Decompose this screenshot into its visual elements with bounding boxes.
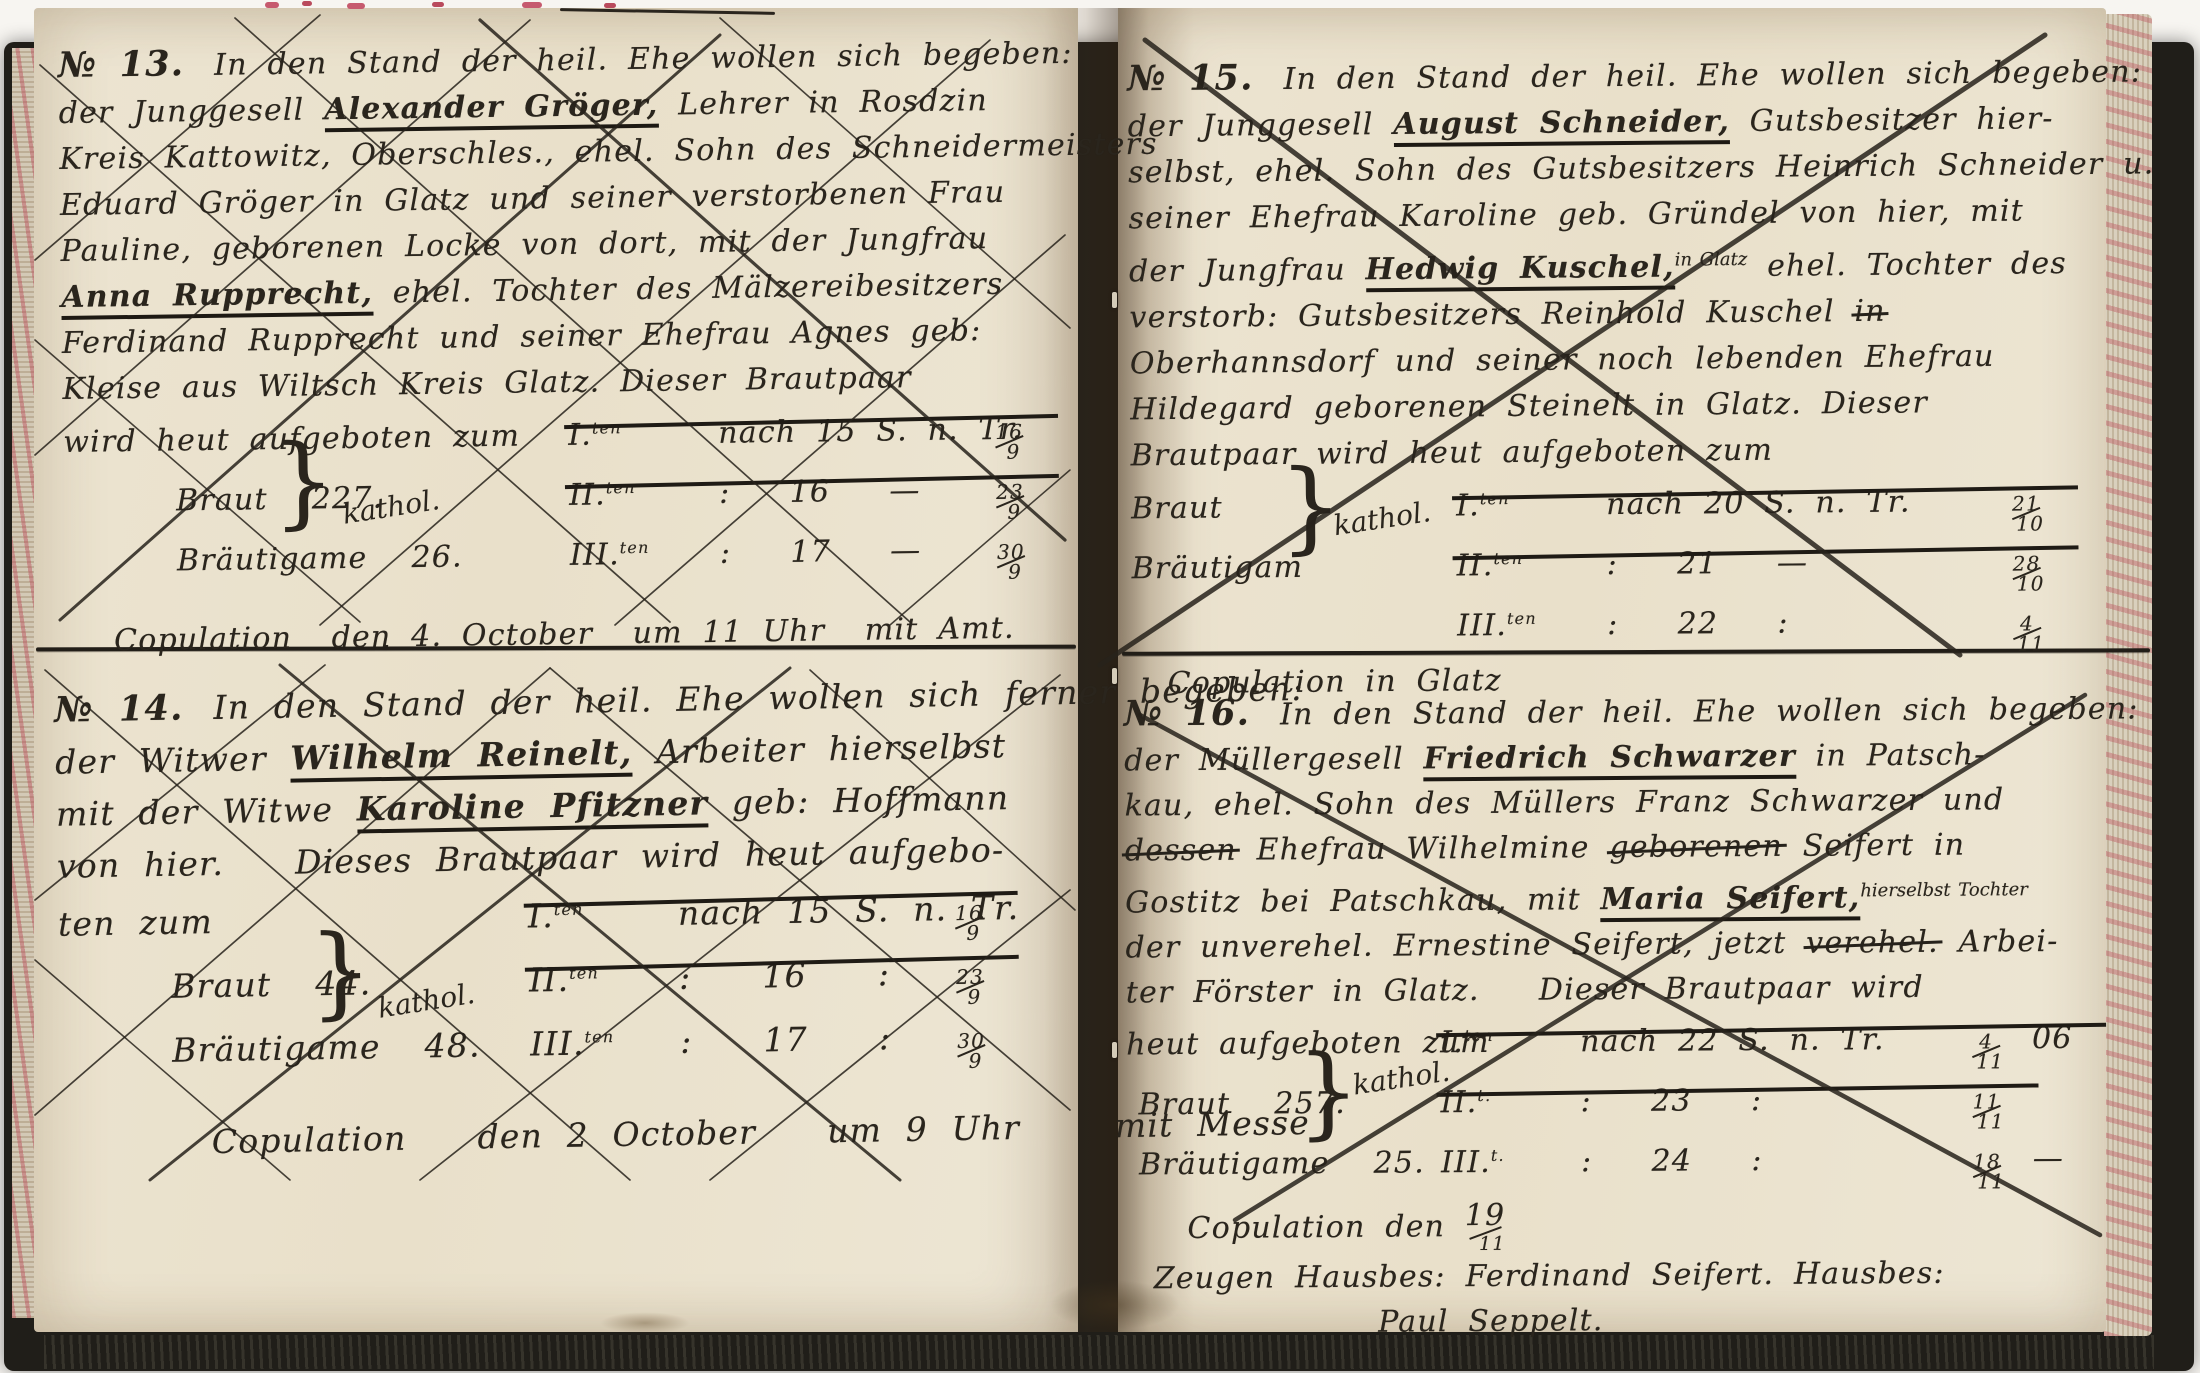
formula-text: In den Stand der heil. Ehe wollen sich b… [214,36,1073,83]
struck-word: dessen [1125,828,1237,874]
text-segment: Gostitz bei Patschkau, mit [1125,882,1601,920]
banns-date-text: : 16 : [679,949,860,1004]
groom-ref: Bräutigame26. [65,533,571,586]
red-speckle [604,3,616,8]
ordinal: III.t. [1441,1132,1581,1185]
binding-stitch [1112,292,1117,308]
text-segment: Arbei- [1939,924,2059,960]
handwritten-line: dessen Ehefrau Wilhelmine geborenen Seif… [1125,822,2115,874]
entry-14: № 14.In den Stand der heil. Ehe wollen s… [54,667,1062,1170]
banns-date-text: : 16 — [719,468,900,517]
banns-date-text: : 22 : [1607,600,1837,648]
groom-name-underlined: Friedrich Schwarzer [1423,739,1796,782]
ordinal: III.ten [569,524,720,579]
text-segment: der Jungfrau [1129,252,1366,289]
text-segment: geb: Hoffmann [708,778,1010,822]
banns-row: III.ten: 22 :411 [1132,591,2122,660]
red-speckle [265,2,279,8]
year-note: 06 [2032,1016,2073,1061]
text-segment: der Witwer [55,739,291,782]
ordinal: I.ten [568,404,719,459]
dash-note: — [2033,1136,2065,1181]
handwritten-line: der Müllergesell Friedrich Schwarzer in … [1124,732,2114,784]
ordinal: III.ten [530,1010,681,1071]
text-segment: ehel. Tochter des [1747,246,2067,284]
groom-ref: Bräutigame48. [60,1019,531,1079]
interlinear-note: hierselbst Tochter [1860,879,2028,901]
ordinal: I.ten [1456,475,1606,529]
handwritten-line: ter Förster in Glatz. Dieser Brautpaar w… [1126,964,2116,1016]
date-fraction: 239 [955,969,986,1006]
banns-date-text: : 17 — [720,528,901,577]
banns-2-struck: II.ten: 21 —2810 [1456,531,2044,596]
banns-date-text: nach 15 S. n. Tr. [718,408,899,457]
entry-16: № 16.In den Stand der heil. Ehe wollen s… [1124,685,2119,1347]
banns-row: heut aufgeboten zum I.tennach 22 S. n. T… [1126,1009,2116,1076]
banns-date-text: nach 20 S. n. Tr. [1606,480,1836,528]
handwritten-line: Oberhannsdorf und seiner noch lebenden E… [1130,333,2120,388]
struck-word: geborenen [1609,824,1783,870]
spacer [1132,635,1457,638]
struck-word: verehel. [1806,920,1939,966]
red-speckle [347,3,365,9]
entry-number: № 13. [58,43,185,86]
banns-row: Braut257. II.t.: 23 :1111 [1126,1069,2116,1136]
banns-1-struck: I.tennach 20 S. n. Tr.2110 [1456,471,2044,536]
aufgebot-intro: ten zum [58,891,529,951]
red-speckle [302,1,312,6]
banns-1-struck: I.tennach 22 S. n. Tr.41106 [1440,1009,2073,1073]
banns-2-struck: II.ten: 16 —239 [569,460,1026,526]
banns-3: III.ten: 22 :411 [1457,591,2045,656]
entry-number: № 16. [1124,693,1250,735]
text-segment: ehel. Tochter des Mälzereibesitzers [373,267,1004,311]
interlinear-note: in Glatz [1675,249,1748,271]
copulation-line: Copulation den 1911 [1127,1197,2117,1257]
text-segment: Ehefrau Wilhelmine [1237,830,1610,868]
text-segment: Seifert in [1783,828,1966,864]
formula-text: In den Stand der heil. Ehe wollen sich b… [1283,54,2142,96]
banns-row: Bräutigame25. III.t.: 24 :1811— [1127,1129,2117,1196]
curly-brace: } [1279,456,1343,557]
text-segment: Arbeiter hierselbst [632,726,1006,772]
text-segment: der unverehel. Ernestine Seifert, jetzt [1125,926,1806,966]
formula-text: In den Stand der heil. Ehe wollen sich b… [1280,691,2139,732]
banns-1-struck: I.tennach 15 S. n. Tr.169 [527,877,984,949]
date-fraction: 169 [994,424,1024,460]
banns-3: III.t.: 24 :1811— [1441,1129,2064,1193]
handwritten-line: der Jungfrau Hedwig Kuschel,in Glatz ehe… [1129,234,2119,296]
banns-row: Bräutigame26. III.ten: 17 —309 [65,519,1066,593]
banns-2-struck: II.ten: 16 :239 [529,941,986,1013]
date-fraction: 411 [2009,615,2045,651]
witnesses-line: Zeugen Hausbes: Ferdinand Seifert. Hausb… [1128,1250,2118,1302]
text-segment: Gutsbesitzer hier- [1730,101,2054,139]
red-marbling [12,48,36,1318]
handwritten-line: der unverehel. Ernestine Seifert, jetzt … [1125,919,2115,971]
bride-name-underlined: Karoline Pfitzner [356,783,708,833]
date-fraction: 169 [954,905,985,942]
text-segment: Lehrer in Rosdzin [658,83,988,123]
banns-date-text: : 21 — [1606,540,1836,588]
date-fraction: 309 [956,1033,987,1070]
red-speckle [522,2,542,8]
handwritten-line: № 16.In den Stand der heil. Ehe wollen s… [1124,685,2114,739]
bride-name-underlined: Hedwig Kuschel, [1365,250,1675,293]
banns-1-struck: I.tennach 15 S. n. Tr.169 [568,400,1025,466]
bride-name-underlined: Maria Seifert, [1600,880,1860,922]
banns-3: III.ten: 17 —309 [569,520,1026,586]
ordinal: II.ten [1456,535,1606,589]
curly-brace: } [1296,1042,1360,1142]
ordinal: II.ten [569,464,720,519]
curly-brace: } [271,431,336,532]
text-segment: der Junggesell [1128,107,1394,144]
entry-number: № 14. [54,688,184,731]
entry-13: № 13.In den Stand der heil. Ehe wollen s… [58,29,1067,665]
date-fraction: 2810 [2009,555,2045,591]
banns-3: III.ten: 17 :309 [530,1005,987,1077]
groom-name-underlined: August Schneider, [1393,104,1730,147]
ordinal: II.t. [1440,1072,1580,1125]
banns-date-text: : 17 : [680,1013,861,1068]
text-segment: in Patsch- [1796,737,1986,773]
handwritten-line: Gostitz bei Patschkau, mit Maria Seifert… [1125,867,2115,926]
red-speckle [432,2,444,7]
banns-date-text: : 24 : [1581,1138,1811,1185]
curly-brace: } [308,921,373,1022]
ordinal: III.ten [1457,595,1607,649]
fore-edge-left [12,48,36,1318]
text-segment: Copulation den [1187,1209,1465,1246]
date-fraction: 411 [1968,1033,2004,1069]
register-book-scan: № 13.In den Stand der heil. Ehe wollen s… [0,0,2200,1373]
handwritten-line: kau, ehel. Sohn des Müllers Franz Schwar… [1124,777,2114,829]
struck-word: in [1854,289,1886,335]
date-fraction: 309 [996,544,1026,580]
bride-name-underlined: Anna Rupprecht, [61,276,373,320]
date-fraction: 1111 [1969,1093,2005,1129]
entry-number: № 15. [1127,57,1253,99]
text-segment: verstorb: Gutsbesitzers Reinhold Kuschel [1129,294,1854,335]
text-segment: der Müllergesell [1124,741,1424,778]
entry-15: № 15.In den Stand der heil. Ehe wollen s… [1127,48,2123,708]
date-fraction: 1911 [1465,1201,1506,1254]
witnesses-line: Paul Seppelt. [1128,1295,2118,1347]
banns-2-struck: II.t.: 23 :1111 [1440,1069,2004,1133]
banns-date-text: nach 22 S. n. Tr. [1580,1018,1810,1065]
banns-date-text: : 23 : [1580,1078,1810,1125]
aufgebot-intro: heut aufgeboten zum [1126,1020,1440,1067]
ordinal: I.ten [1440,1012,1580,1065]
ordinal: I.ten [527,882,678,943]
text-segment: mit der Witwe [56,789,357,833]
date-fraction: 2110 [2008,495,2044,531]
binding-stitch [1112,1042,1117,1058]
ordinal: II.ten [529,946,680,1007]
date-fraction: 1811 [1969,1153,2005,1189]
groom-name-underlined: Wilhelm Reinelt, [290,733,633,783]
handwritten-line: № 15.In den Stand der heil. Ehe wollen s… [1127,48,2117,105]
groom-name-underlined: Alexander Gröger, [324,88,659,133]
date-fraction: 239 [995,484,1025,520]
text-segment: der Junggesell [58,92,324,131]
banns-date-text: nach 15 S. n. Tr. [677,885,858,940]
groom-ref: Bräutigame25. [1127,1140,1441,1187]
